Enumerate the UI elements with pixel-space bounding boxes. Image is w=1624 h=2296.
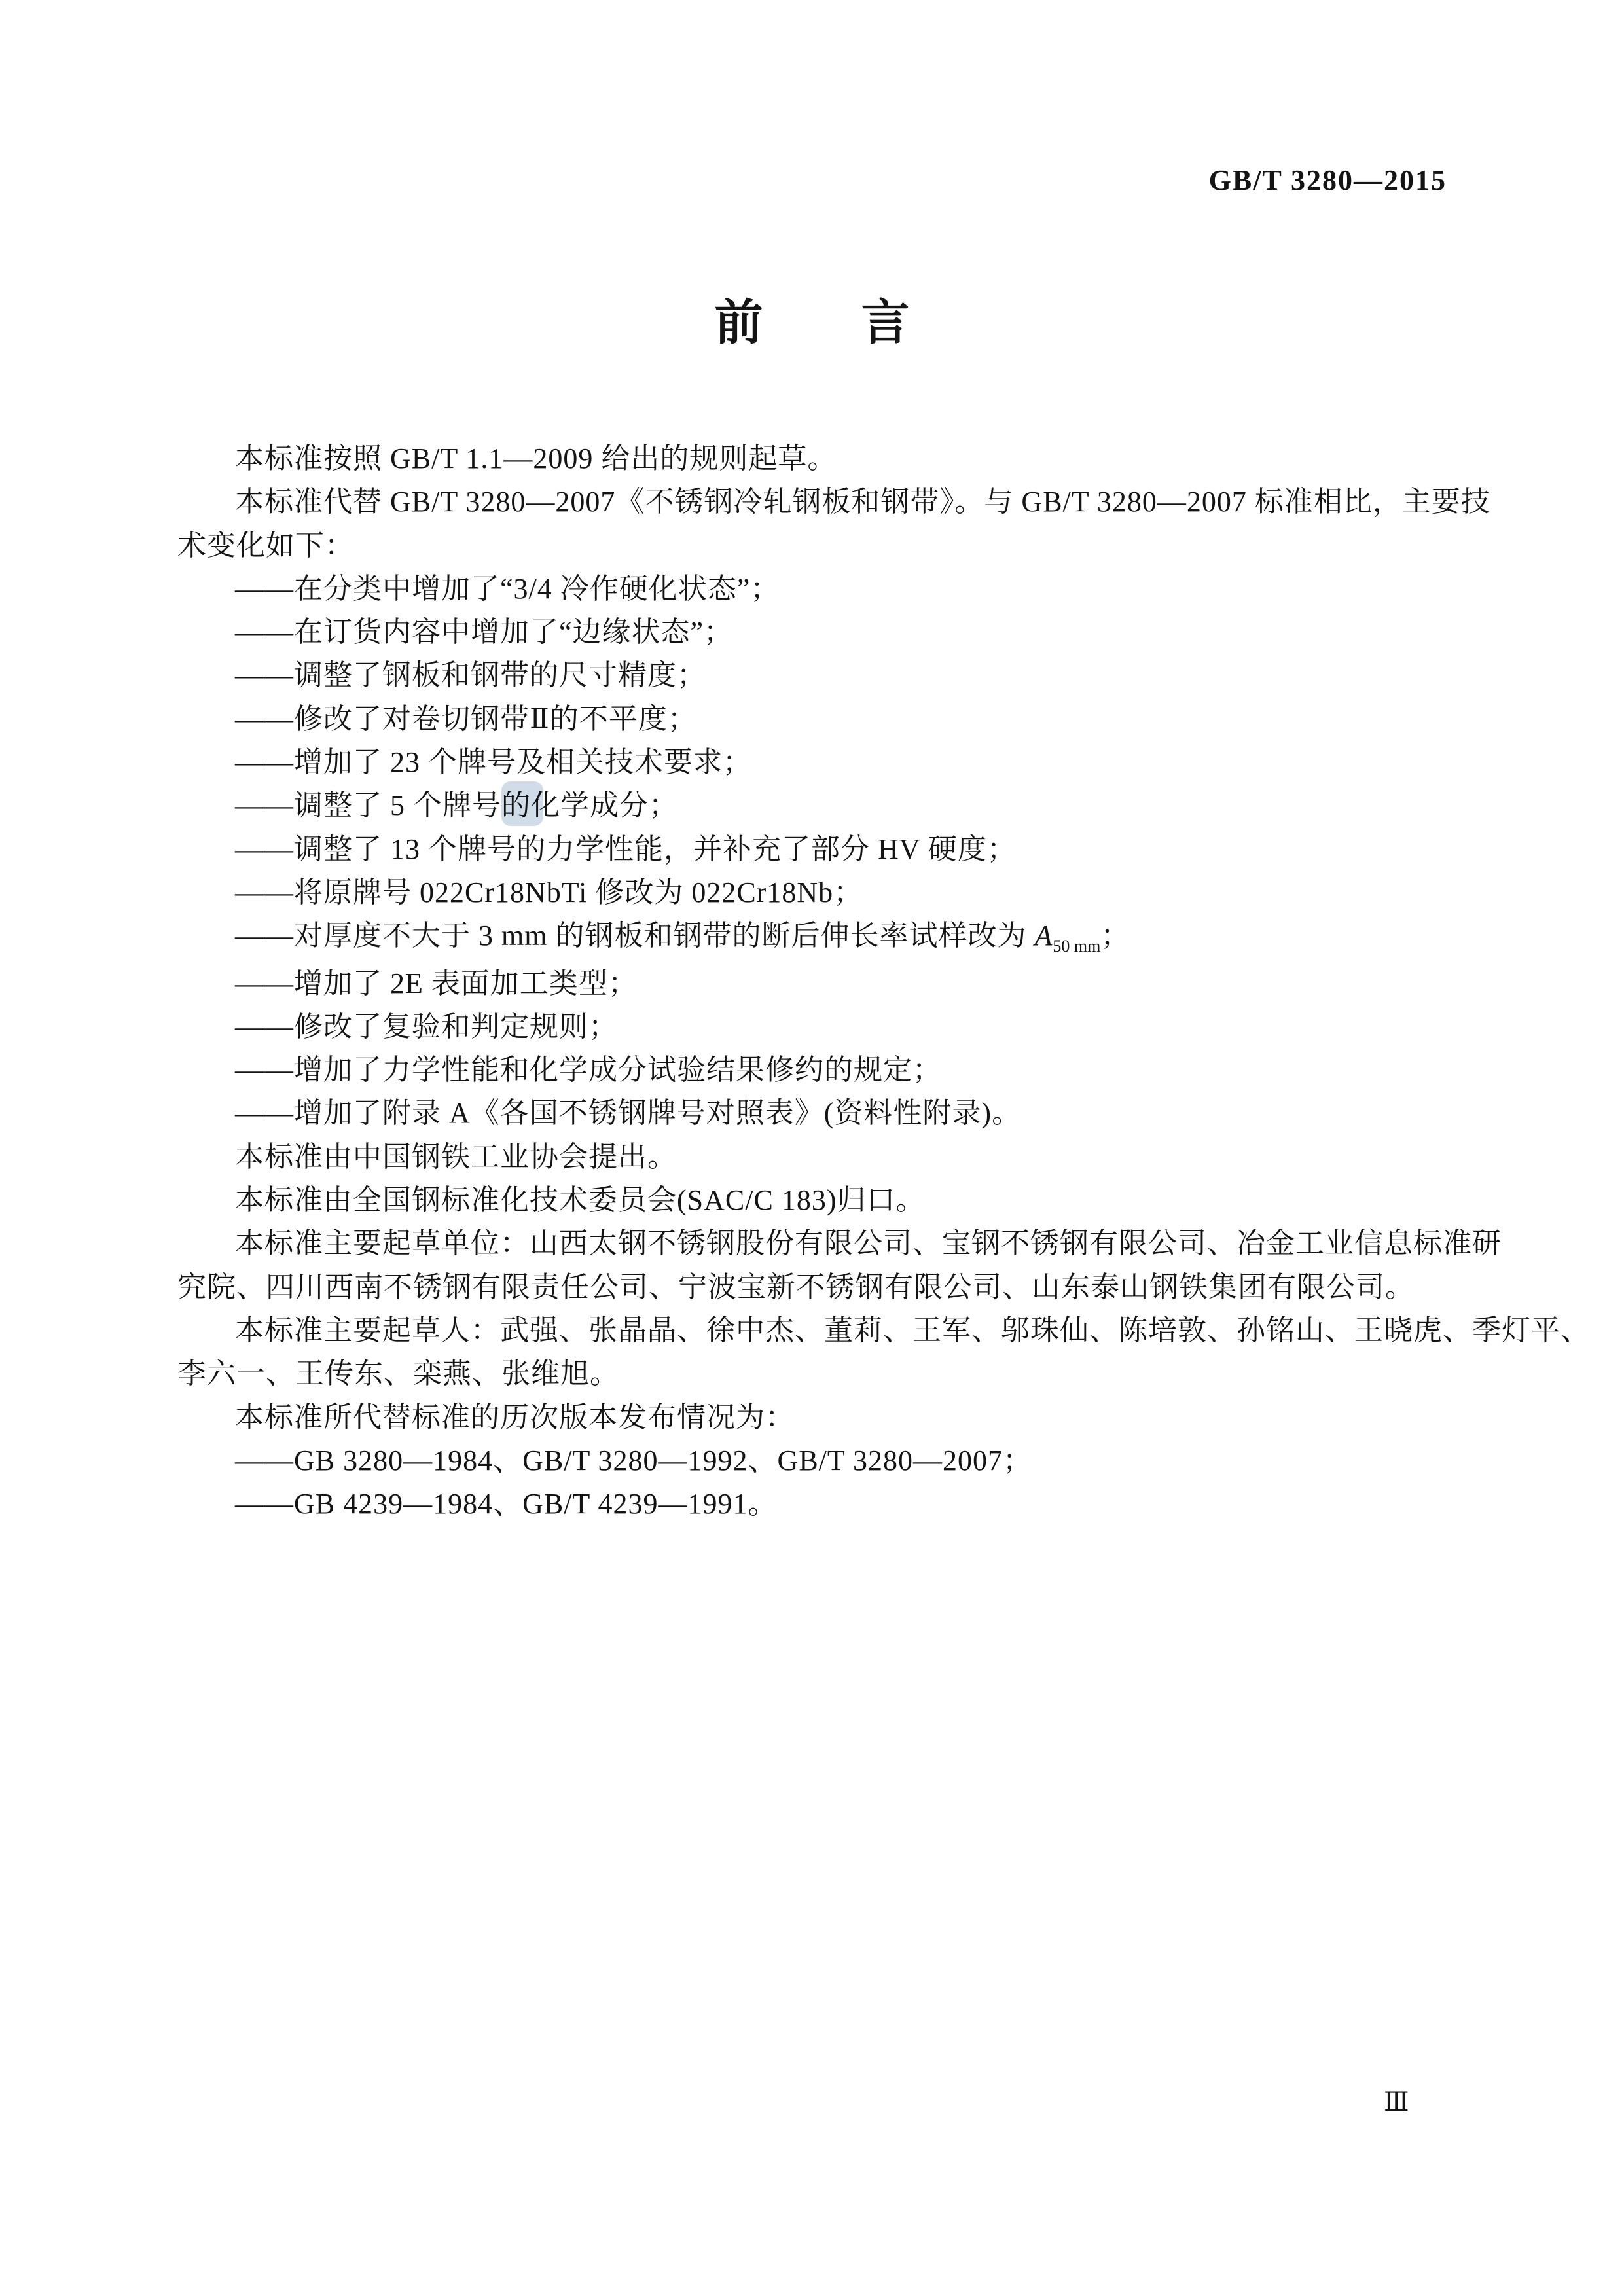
paragraph: 术变化如下：: [177, 524, 1447, 567]
change-list-item: ——对厚度不大于 3 mm 的钢板和钢带的断后伸长率试样改为 A50 mm；: [177, 914, 1447, 961]
change-list-item: ——调整了 5 个牌号的化学成分；: [177, 784, 1447, 827]
paragraph: 本标准由中国钢铁工业协会提出。: [177, 1136, 1447, 1179]
change-list-item: ——修改了复验和判定规则；: [177, 1005, 1447, 1049]
change-list-item: ——在订货内容中增加了“边缘状态”；: [177, 611, 1447, 654]
document-page: GB/T 3280—2015 前 言 本标准按照 GB/T 1.1—2009 给…: [0, 0, 1624, 2296]
change-list-item: ——增加了附录 A《各国不锈钢牌号对照表》(资料性附录)。: [177, 1092, 1447, 1135]
page-title-char-right: 言: [861, 296, 910, 349]
paragraph: 本标准代替 GB/T 3280—2007《不锈钢冷轧钢板和钢带》。与 GB/T …: [177, 480, 1447, 524]
change-list-item: ——修改了对卷切钢带Ⅱ的不平度；: [177, 698, 1447, 741]
text-run: ；: [1100, 920, 1130, 952]
paragraph: 本标准主要起草人：武强、张晶晶、徐中杰、董莉、王军、邬珠仙、陈培敦、孙铭山、王晓…: [177, 1309, 1447, 1352]
page-title: 前 言: [0, 296, 1624, 349]
page-title-char-left: 前: [715, 296, 763, 349]
change-list-item: ——GB 4239—1984、GB/T 4239—1991。: [177, 1482, 1447, 1526]
paragraph: 究院、四川西南不锈钢有限责任公司、宁波宝新不锈钢有限公司、山东泰山钢铁集团有限公…: [177, 1266, 1447, 1309]
page-number: Ⅲ: [1384, 2087, 1410, 2117]
standard-code-header: GB/T 3280—2015: [1209, 164, 1447, 197]
change-list-item: ——将原牌号 022Cr18NbTi 修改为 022Cr18Nb；: [177, 871, 1447, 914]
paragraph: 本标准所代替标准的历次版本发布情况为：: [177, 1396, 1447, 1439]
text-run: A: [1034, 920, 1053, 952]
change-list-item: ——调整了钢板和钢带的尺寸精度；: [177, 654, 1447, 697]
paragraph: 本标准按照 GB/T 1.1—2009 给出的规则起草。: [177, 437, 1447, 480]
change-list-item: ——调整了 13 个牌号的力学性能，并补充了部分 HV 硬度；: [177, 828, 1447, 871]
text-run: 50 mm: [1053, 937, 1100, 956]
paragraph: 李六一、王传东、栾燕、张维旭。: [177, 1352, 1447, 1395]
change-list-item: ——GB 3280—1984、GB/T 3280—1992、GB/T 3280—…: [177, 1439, 1447, 1482]
change-list-item: ——增加了力学性能和化学成分试验结果修约的规定；: [177, 1049, 1447, 1092]
paragraph: 本标准主要起草单位：山西太钢不锈钢股份有限公司、宝钢不锈钢有限公司、冶金工业信息…: [177, 1222, 1447, 1265]
text-run: ——对厚度不大于 3 mm 的钢板和钢带的断后伸长率试样改为: [235, 920, 1034, 952]
change-list-item: ——增加了 2E 表面加工类型；: [177, 962, 1447, 1005]
change-list-item: ——在分类中增加了“3/4 冷作硬化状态”；: [177, 567, 1447, 611]
body-paragraphs: 本标准按照 GB/T 1.1—2009 给出的规则起草。本标准代替 GB/T 3…: [177, 437, 1447, 1526]
paragraph: 本标准由全国钢标准化技术委员会(SAC/C 183)归口。: [177, 1179, 1447, 1222]
change-list-item: ——增加了 23 个牌号及相关技术要求；: [177, 741, 1447, 784]
